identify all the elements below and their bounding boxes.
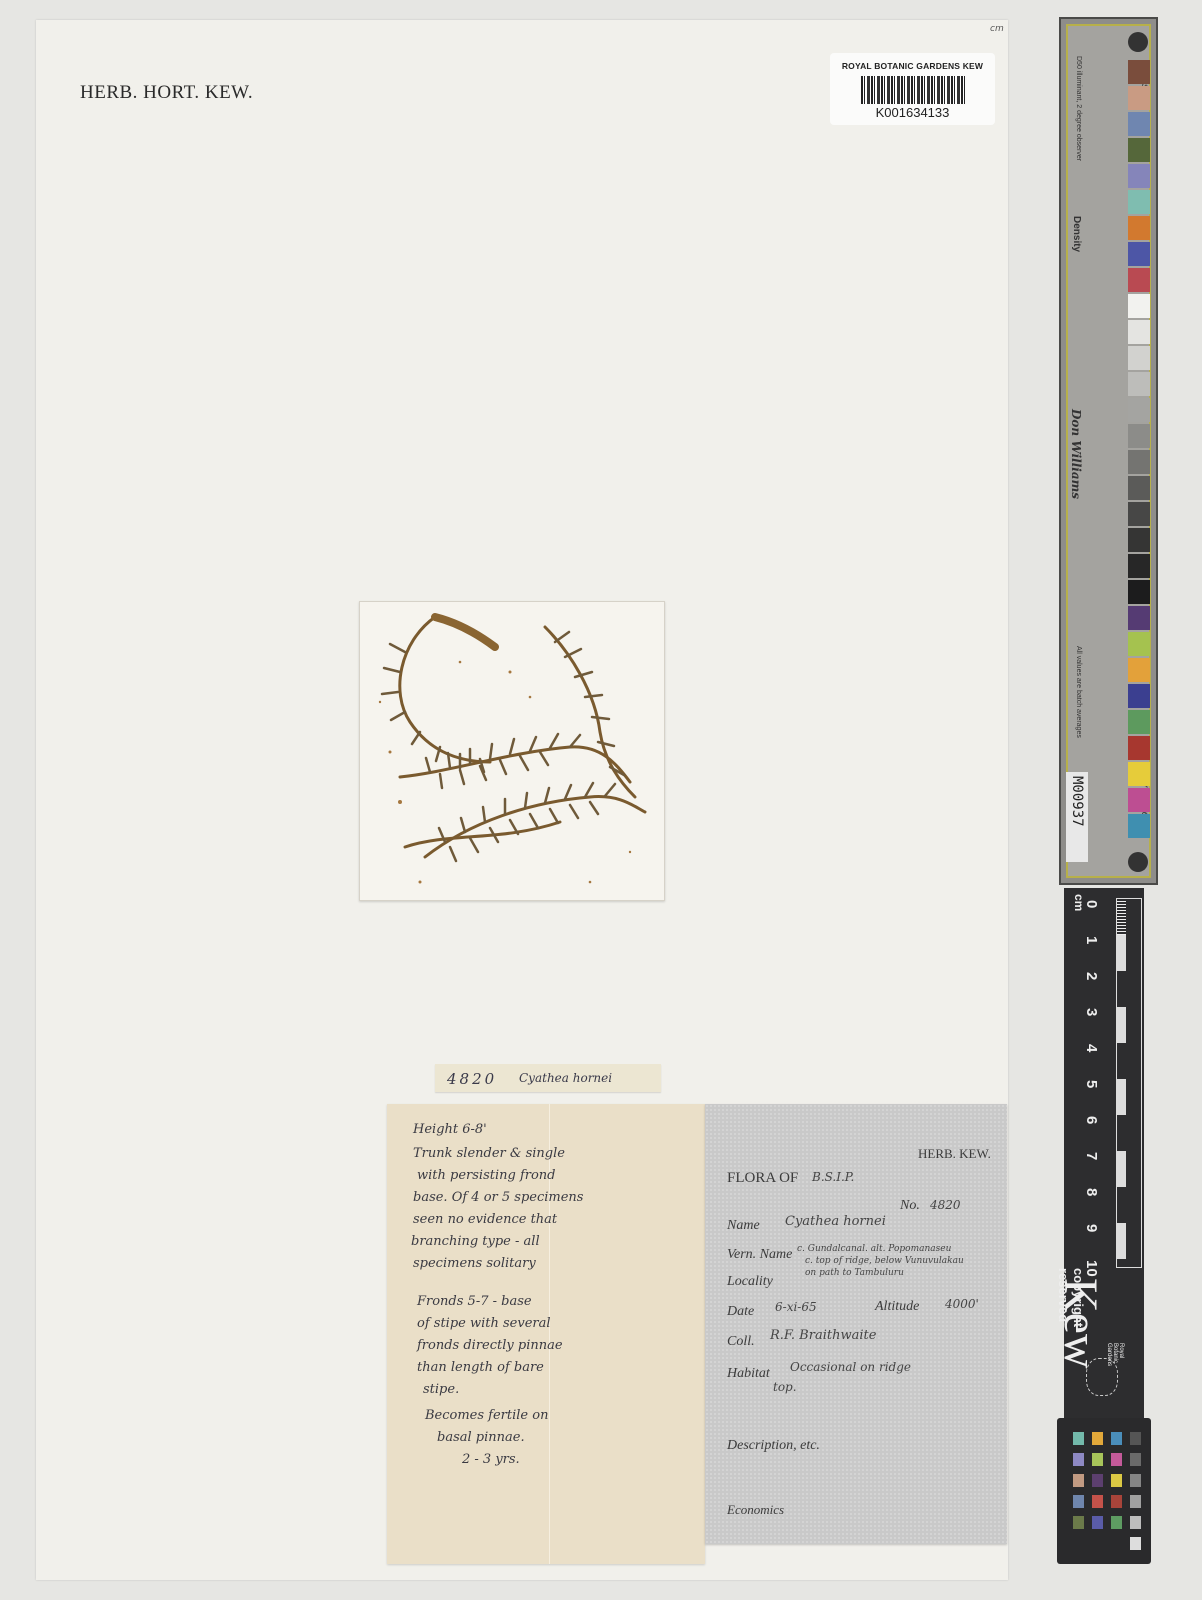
- chart-footnote: All values are batch averages: [1075, 646, 1082, 738]
- note-line: with persisting frond: [417, 1168, 556, 1183]
- label-name-value: Cyathea hornei: [785, 1214, 886, 1229]
- color-swatch: [1128, 138, 1150, 162]
- field-notes-sheet: Height 6-8' Trunk slender & single with …: [387, 1104, 705, 1564]
- fern-specimen-icon: [360, 602, 664, 900]
- color-swatch: [1128, 606, 1150, 630]
- label-flora-of-value: B.S.I.P.: [812, 1170, 854, 1184]
- brand-name: Don Williams: [1069, 409, 1083, 499]
- label-no: No.: [900, 1198, 920, 1214]
- royal-crest-icon: [1086, 1358, 1118, 1396]
- checker-patch: [1092, 1474, 1103, 1487]
- color-swatch: [1128, 580, 1150, 604]
- checker-patch: [1073, 1495, 1084, 1508]
- illuminant-note: D50 illuminant, 2 degree observer: [1075, 56, 1082, 161]
- label-date-value: 6-xi-65: [775, 1300, 817, 1314]
- barcode-number: K001634133: [830, 105, 995, 120]
- specimen-fern: [359, 601, 665, 901]
- color-swatch: [1128, 164, 1150, 188]
- checker-gray-patch: [1130, 1432, 1141, 1445]
- label-name: Name: [727, 1218, 760, 1234]
- scale-tick-label: 2: [1083, 972, 1100, 980]
- note-line: basal pinnae.: [437, 1430, 525, 1445]
- color-swatch: [1128, 554, 1150, 578]
- color-calibration-chart: inches centimeters Density D50 illuminan…: [1059, 17, 1158, 885]
- color-swatch: [1128, 268, 1150, 292]
- label-description: Description, etc.: [727, 1438, 820, 1454]
- scale-tick-label: 7: [1083, 1152, 1100, 1160]
- color-swatch: [1128, 190, 1150, 214]
- note-line: stipe.: [423, 1382, 459, 1397]
- barcode-icon: [861, 76, 965, 104]
- color-swatch: [1128, 216, 1150, 240]
- color-swatch: [1128, 320, 1150, 344]
- label-herb: HERB. KEW.: [918, 1146, 991, 1162]
- scale-tick-label: 1: [1083, 936, 1100, 944]
- scale-tick-label: 6: [1083, 1116, 1100, 1124]
- density-label: Density: [1071, 216, 1082, 252]
- checker-gray-patch: [1130, 1537, 1141, 1550]
- note-line: Height 6-8': [413, 1122, 487, 1137]
- checker-patch: [1073, 1474, 1084, 1487]
- color-swatch: [1128, 736, 1150, 760]
- note-line: Becomes fertile on: [425, 1408, 548, 1423]
- label-altitude: Altitude: [875, 1299, 919, 1315]
- label-locality-value-2: c. top of ridge, below Vunuvulakau: [805, 1256, 964, 1266]
- chart-id: M00937: [1069, 776, 1085, 827]
- scale-tick-label: 8: [1083, 1188, 1100, 1196]
- strip-number: 4820: [447, 1070, 497, 1088]
- label-economics: Economics: [727, 1502, 784, 1518]
- checker-patch: [1111, 1516, 1122, 1529]
- color-swatch: [1128, 528, 1150, 552]
- color-swatch: [1128, 450, 1150, 474]
- scale-tick-label: 5: [1083, 1080, 1100, 1088]
- checker-patch: [1111, 1432, 1122, 1445]
- label-coll: Coll.: [727, 1334, 755, 1350]
- checker-gray-patch: [1130, 1474, 1141, 1487]
- note-line: fronds directly pinnae: [417, 1338, 563, 1353]
- color-swatch: [1128, 632, 1150, 656]
- checker-patch: [1092, 1516, 1103, 1529]
- checker-patch: [1092, 1453, 1103, 1466]
- corner-note: cm: [990, 24, 1004, 34]
- kew-logo: Kew: [1053, 1278, 1108, 1369]
- note-line: of stipe with several: [417, 1316, 551, 1331]
- color-swatch: [1128, 346, 1150, 370]
- label-locality-value-1: c. Gundalcanal. alt. Popomanaseu: [797, 1244, 951, 1254]
- label-habitat-value-2: top.: [773, 1380, 797, 1394]
- herbarium-label: HERB. KEW. FLORA OF B.S.I.P. No. 4820 Na…: [705, 1104, 1007, 1544]
- checker-patch: [1111, 1453, 1122, 1466]
- color-swatch: [1128, 242, 1150, 266]
- chart-id-label: M00937: [1066, 772, 1088, 862]
- barcode-organization: ROYAL BOTANIC GARDENS KEW: [830, 61, 995, 71]
- checker-gray-patch: [1130, 1495, 1141, 1508]
- ruler: [1116, 898, 1142, 1268]
- color-swatch: [1128, 762, 1150, 786]
- checker-gray-patch: [1130, 1516, 1141, 1529]
- cm-scale-bar: cm 012345678910 copyright reserved Kew R…: [1064, 888, 1144, 1418]
- label-locality: Locality: [727, 1274, 773, 1290]
- color-swatch: [1128, 112, 1150, 136]
- note-line: specimens solitary: [413, 1256, 536, 1271]
- color-swatch: [1128, 372, 1150, 396]
- color-swatch: [1128, 814, 1150, 838]
- herbarium-stamp: HERB. HORT. KEW.: [80, 82, 253, 104]
- color-swatch: [1128, 658, 1150, 682]
- note-line: Trunk slender & single: [413, 1146, 565, 1161]
- note-line: base. Of 4 or 5 specimens: [413, 1190, 583, 1205]
- color-swatch: [1128, 294, 1150, 318]
- checker-patch: [1111, 1474, 1122, 1487]
- scale-tick-label: 4: [1083, 1044, 1100, 1052]
- checker-patch: [1073, 1516, 1084, 1529]
- chart-hole-bottom: [1128, 852, 1148, 872]
- chart-hole-top: [1128, 32, 1148, 52]
- checker-gray-patch: [1130, 1453, 1141, 1466]
- label-date: Date: [727, 1304, 754, 1320]
- color-swatch: [1128, 788, 1150, 812]
- label-habitat: Habitat: [727, 1366, 770, 1382]
- label-coll-value: R.F. Braithwaite: [770, 1328, 876, 1343]
- label-vern-name: Vern. Name: [727, 1247, 792, 1263]
- scale-tick-label: 3: [1083, 1008, 1100, 1016]
- barcode-label: ROYAL BOTANIC GARDENS KEW K001634133: [830, 53, 995, 125]
- note-line: seen no evidence that: [413, 1212, 557, 1227]
- color-swatch: [1128, 424, 1150, 448]
- color-swatch: [1128, 502, 1150, 526]
- checker-patch: [1073, 1432, 1084, 1445]
- specimen-number-strip: 4820 Cyathea hornei: [435, 1064, 661, 1092]
- note-line: Fronds 5-7 - base: [417, 1294, 532, 1309]
- scale-tick-label: 9: [1083, 1224, 1100, 1232]
- color-swatch: [1128, 398, 1150, 422]
- note-line: than length of bare: [417, 1360, 544, 1375]
- label-altitude-value: 4000': [945, 1297, 979, 1311]
- color-swatch: [1128, 60, 1150, 84]
- label-no-value: 4820: [930, 1198, 961, 1212]
- strip-name: Cyathea hornei: [519, 1071, 612, 1085]
- checker-patch: [1092, 1432, 1103, 1445]
- checker-patch: [1073, 1453, 1084, 1466]
- label-flora-of: FLORA OF: [727, 1170, 798, 1187]
- color-swatch: [1128, 684, 1150, 708]
- scale-tick-label: 0: [1083, 900, 1100, 908]
- color-swatch: [1128, 476, 1150, 500]
- note-line: branching type - all: [411, 1234, 540, 1249]
- color-swatch: [1128, 86, 1150, 110]
- label-locality-value-3: on path to Tambuluru: [805, 1268, 904, 1278]
- checker-patch: [1092, 1495, 1103, 1508]
- label-habitat-value-1: Occasional on ridge: [790, 1360, 911, 1374]
- color-swatch: [1128, 710, 1150, 734]
- checker-patch: [1111, 1495, 1122, 1508]
- color-checker-card: [1057, 1418, 1151, 1564]
- note-line: 2 - 3 yrs.: [462, 1452, 520, 1467]
